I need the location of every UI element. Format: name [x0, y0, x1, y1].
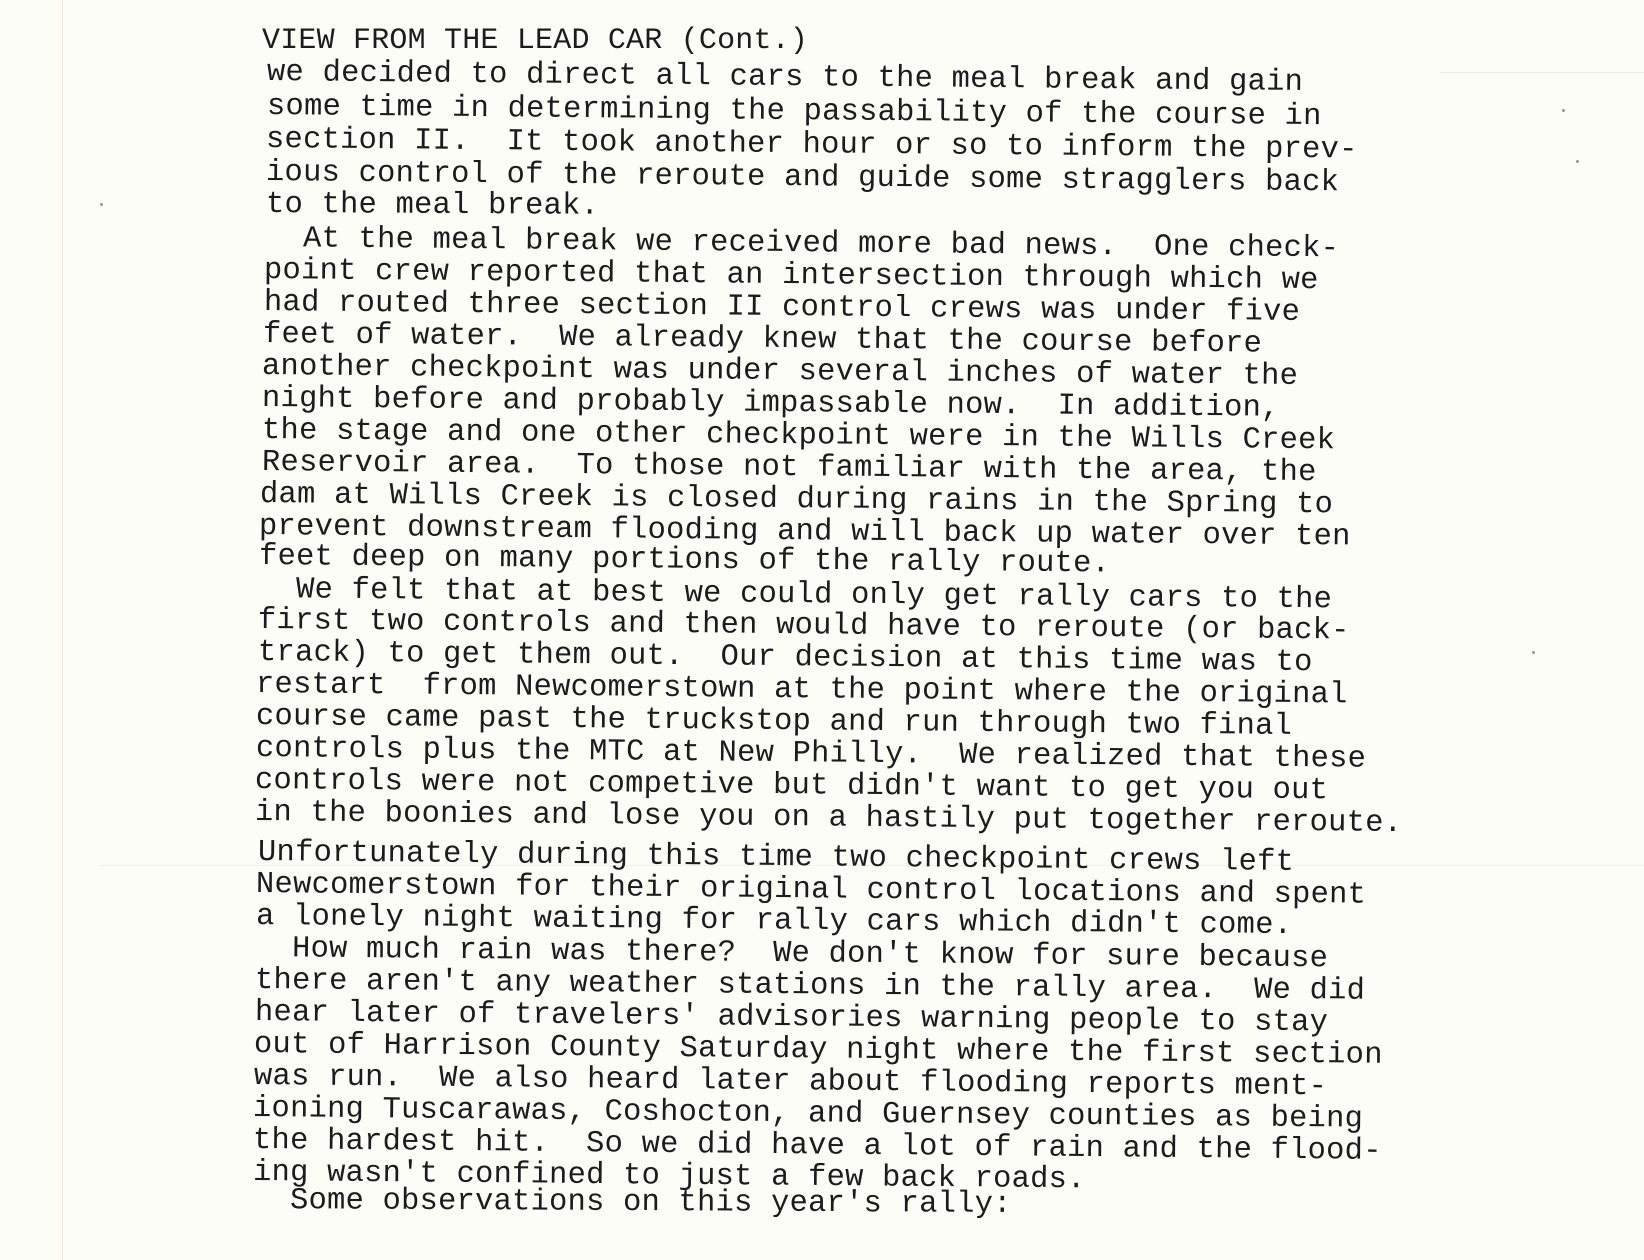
typewritten-text: VIEW FROM THE LEAD CAR (Cont.) we decide… [0, 0, 1644, 1260]
text-line: to the meal break. [266, 190, 599, 222]
paper-speck [100, 203, 103, 206]
paper-speck [1532, 651, 1535, 654]
page-title: VIEW FROM THE LEAD CAR (Cont.) [262, 26, 808, 56]
text-line: Some observations on this year's rally: [253, 1186, 1012, 1220]
document-page: VIEW FROM THE LEAD CAR (Cont.) we decide… [0, 0, 1644, 1260]
paper-speck [1576, 160, 1579, 163]
paper-speck [1562, 109, 1565, 112]
